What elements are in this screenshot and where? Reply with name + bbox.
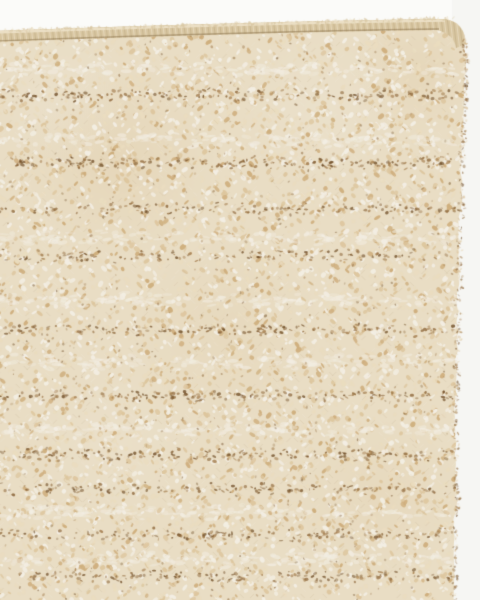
- product-photo: [0, 0, 480, 600]
- rug-corner-image: [0, 0, 480, 600]
